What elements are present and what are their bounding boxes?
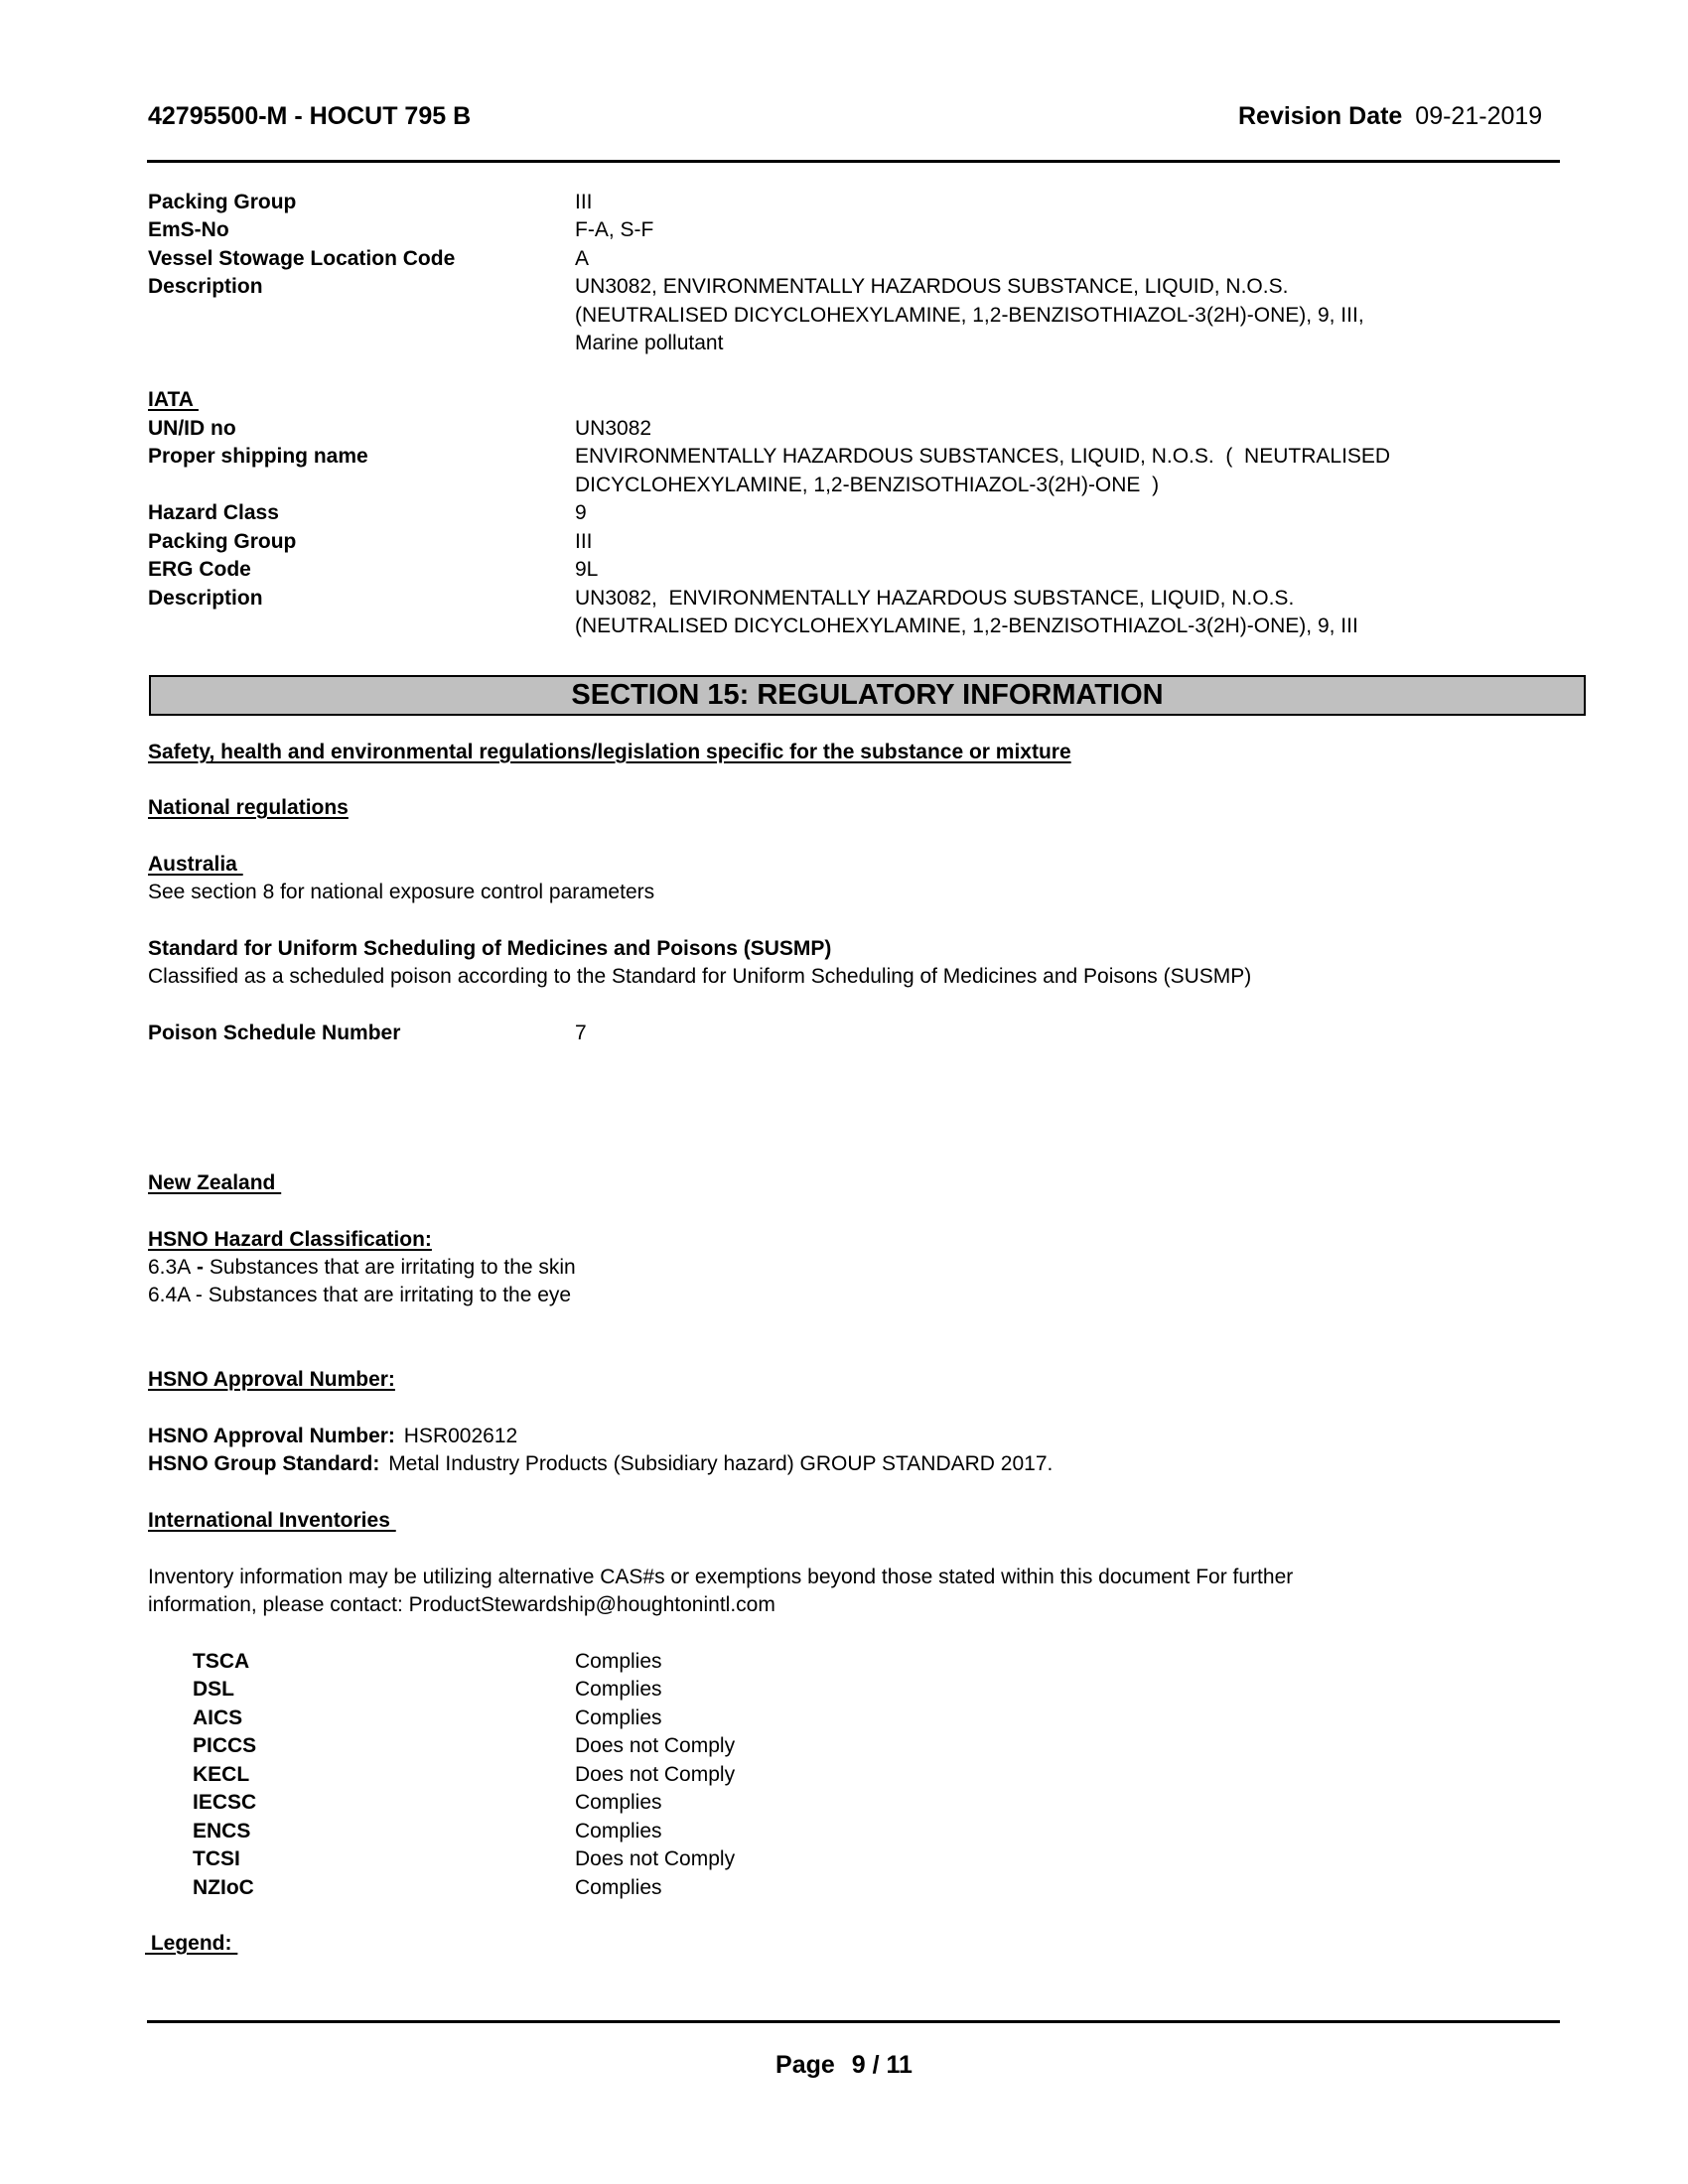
imdg-description-line-1: UN3082, ENVIRONMENTALLY HAZARDOUS SUBSTA… [575, 275, 1288, 299]
iata-proper-shipping-name-line-1: ENVIRONMENTALLY HAZARDOUS SUBSTANCES, LI… [575, 445, 1390, 469]
iata-description-line-1: UN3082, ENVIRONMENTALLY HAZARDOUS SUBSTA… [575, 587, 1294, 611]
inventory-name: DSL [193, 1678, 234, 1702]
iata-proper-shipping-name-line-2: DICYCLOHEXYLAMINE, 1,2-BENZISOTHIAZOL-3(… [575, 474, 1159, 497]
revision-date-label: Revision Date [1238, 102, 1402, 130]
australia-text: See section 8 for national exposure cont… [148, 881, 654, 904]
inventory-status: Complies [575, 1678, 662, 1702]
iata-erg-code-value: 9L [575, 558, 598, 582]
imdg-description-line-2: (NEUTRALISED DICYCLOHEXYLAMINE, 1,2-BENZ… [575, 304, 1364, 328]
page-label: Page [775, 2051, 835, 2079]
iata-hazard-class-label: Hazard Class [148, 501, 279, 525]
inventory-note-text: information, please contact: ProductStew… [148, 1593, 775, 1616]
imdg-vessel-stowage-label: Vessel Stowage Location Code [148, 247, 455, 271]
inventory-name: IECSC [193, 1791, 256, 1815]
iata-description-line-2: (NEUTRALISED DICYCLOHEXYLAMINE, 1,2-BENZ… [575, 614, 1358, 638]
hsno-class-code: 6.4A [148, 1284, 190, 1306]
inventory-status: Does not Comply [575, 1847, 735, 1871]
inventory-status: Complies [575, 1650, 662, 1674]
hsno-approval-number-value: HSR002612 [404, 1425, 517, 1447]
imdg-vessel-stowage-value: A [575, 247, 589, 271]
safety-regulations-heading: Safety, health and environmental regulat… [148, 741, 1071, 764]
hsno-class-separator: - [191, 1256, 210, 1279]
inventory-status: Complies [575, 1820, 662, 1843]
imdg-ems-value: F-A, S-F [575, 218, 653, 242]
page-footer: Page 9 / 11 [0, 2050, 1688, 2080]
hsno-class-text: Substances that are irritating to the ey… [209, 1284, 571, 1306]
hsno-group-standard: HSNO Group Standard: Metal Industry Prod… [148, 1452, 1053, 1476]
imdg-packing-group-label: Packing Group [148, 191, 296, 214]
footer-rule [147, 2020, 1560, 2023]
imdg-ems-label: EmS-No [148, 218, 229, 242]
hsno-class-separator: - [190, 1284, 209, 1306]
imdg-packing-group-value: III [575, 191, 593, 214]
inventory-note-line-1: Inventory information may be utilizing a… [148, 1566, 1293, 1589]
inventory-status: Complies [575, 1706, 662, 1730]
iata-heading: IATA [148, 388, 199, 412]
susmp-text: Classified as a scheduled poison accordi… [148, 965, 1251, 989]
hsno-class-text: Substances that are irritating to the sk… [210, 1256, 576, 1279]
imdg-description-label: Description [148, 275, 263, 299]
header-rule [147, 160, 1560, 163]
iata-unid-value: UN3082 [575, 417, 651, 441]
section-15-banner: SECTION 15: REGULATORY INFORMATION [149, 675, 1586, 716]
iata-proper-shipping-name-label: Proper shipping name [148, 445, 368, 469]
hsno-hazard-classification-heading: HSNO Hazard Classification: [148, 1228, 432, 1252]
page-number: 9 / 11 [852, 2051, 913, 2079]
iata-hazard-class-value: 9 [575, 501, 587, 525]
national-regulations-heading: National regulations [148, 796, 349, 820]
iata-packing-group-label: Packing Group [148, 530, 296, 554]
inventory-name: PICCS [193, 1734, 256, 1758]
poison-schedule-value: 7 [575, 1022, 587, 1045]
poison-schedule-label: Poison Schedule Number [148, 1022, 400, 1045]
inventory-name: TSCA [193, 1650, 249, 1674]
iata-packing-group-value: III [575, 530, 593, 554]
hsno-group-standard-value: Metal Industry Products (Subsidiary haza… [388, 1452, 1053, 1475]
new-zealand-heading: New Zealand [148, 1171, 281, 1195]
hsno-class-item: 6.3A - Substances that are irritating to… [148, 1256, 576, 1280]
revision-date: Revision Date 09-21-2019 [1238, 101, 1542, 131]
hsno-group-standard-label: HSNO Group Standard: [148, 1452, 379, 1475]
inventory-note-line-2: information, please contact: ProductStew… [148, 1593, 775, 1617]
australia-heading: Australia [148, 853, 243, 877]
inventory-status: Does not Comply [575, 1763, 735, 1787]
hsno-approval-number: HSNO Approval Number: HSR002612 [148, 1425, 517, 1448]
hsno-approval-heading: HSNO Approval Number: [148, 1368, 395, 1392]
susmp-heading: Standard for Uniform Scheduling of Medic… [148, 937, 831, 961]
hsno-class-code: 6.3A [148, 1256, 191, 1279]
hsno-approval-number-label: HSNO Approval Number: [148, 1425, 395, 1447]
legend-heading: Legend: [145, 1932, 237, 1956]
iata-erg-code-label: ERG Code [148, 558, 251, 582]
inventory-status: Complies [575, 1791, 662, 1815]
inventory-name: TCSI [193, 1847, 240, 1871]
inventory-status: Does not Comply [575, 1734, 735, 1758]
inventory-name: KECL [193, 1763, 249, 1787]
inventory-name: AICS [193, 1706, 242, 1730]
inventory-status: Complies [575, 1876, 662, 1900]
hsno-class-item: 6.4A - Substances that are irritating to… [148, 1284, 571, 1307]
inventory-name: ENCS [193, 1820, 250, 1843]
international-inventories-heading: International Inventories [148, 1509, 396, 1533]
imdg-description-line-3: Marine pollutant [575, 332, 723, 355]
inventory-name: NZIoC [193, 1876, 254, 1900]
iata-unid-label: UN/ID no [148, 417, 236, 441]
revision-date-value: 09-21-2019 [1415, 102, 1542, 130]
document-product-title: 42795500-M - HOCUT 795 B [148, 101, 471, 131]
iata-description-label: Description [148, 587, 263, 611]
